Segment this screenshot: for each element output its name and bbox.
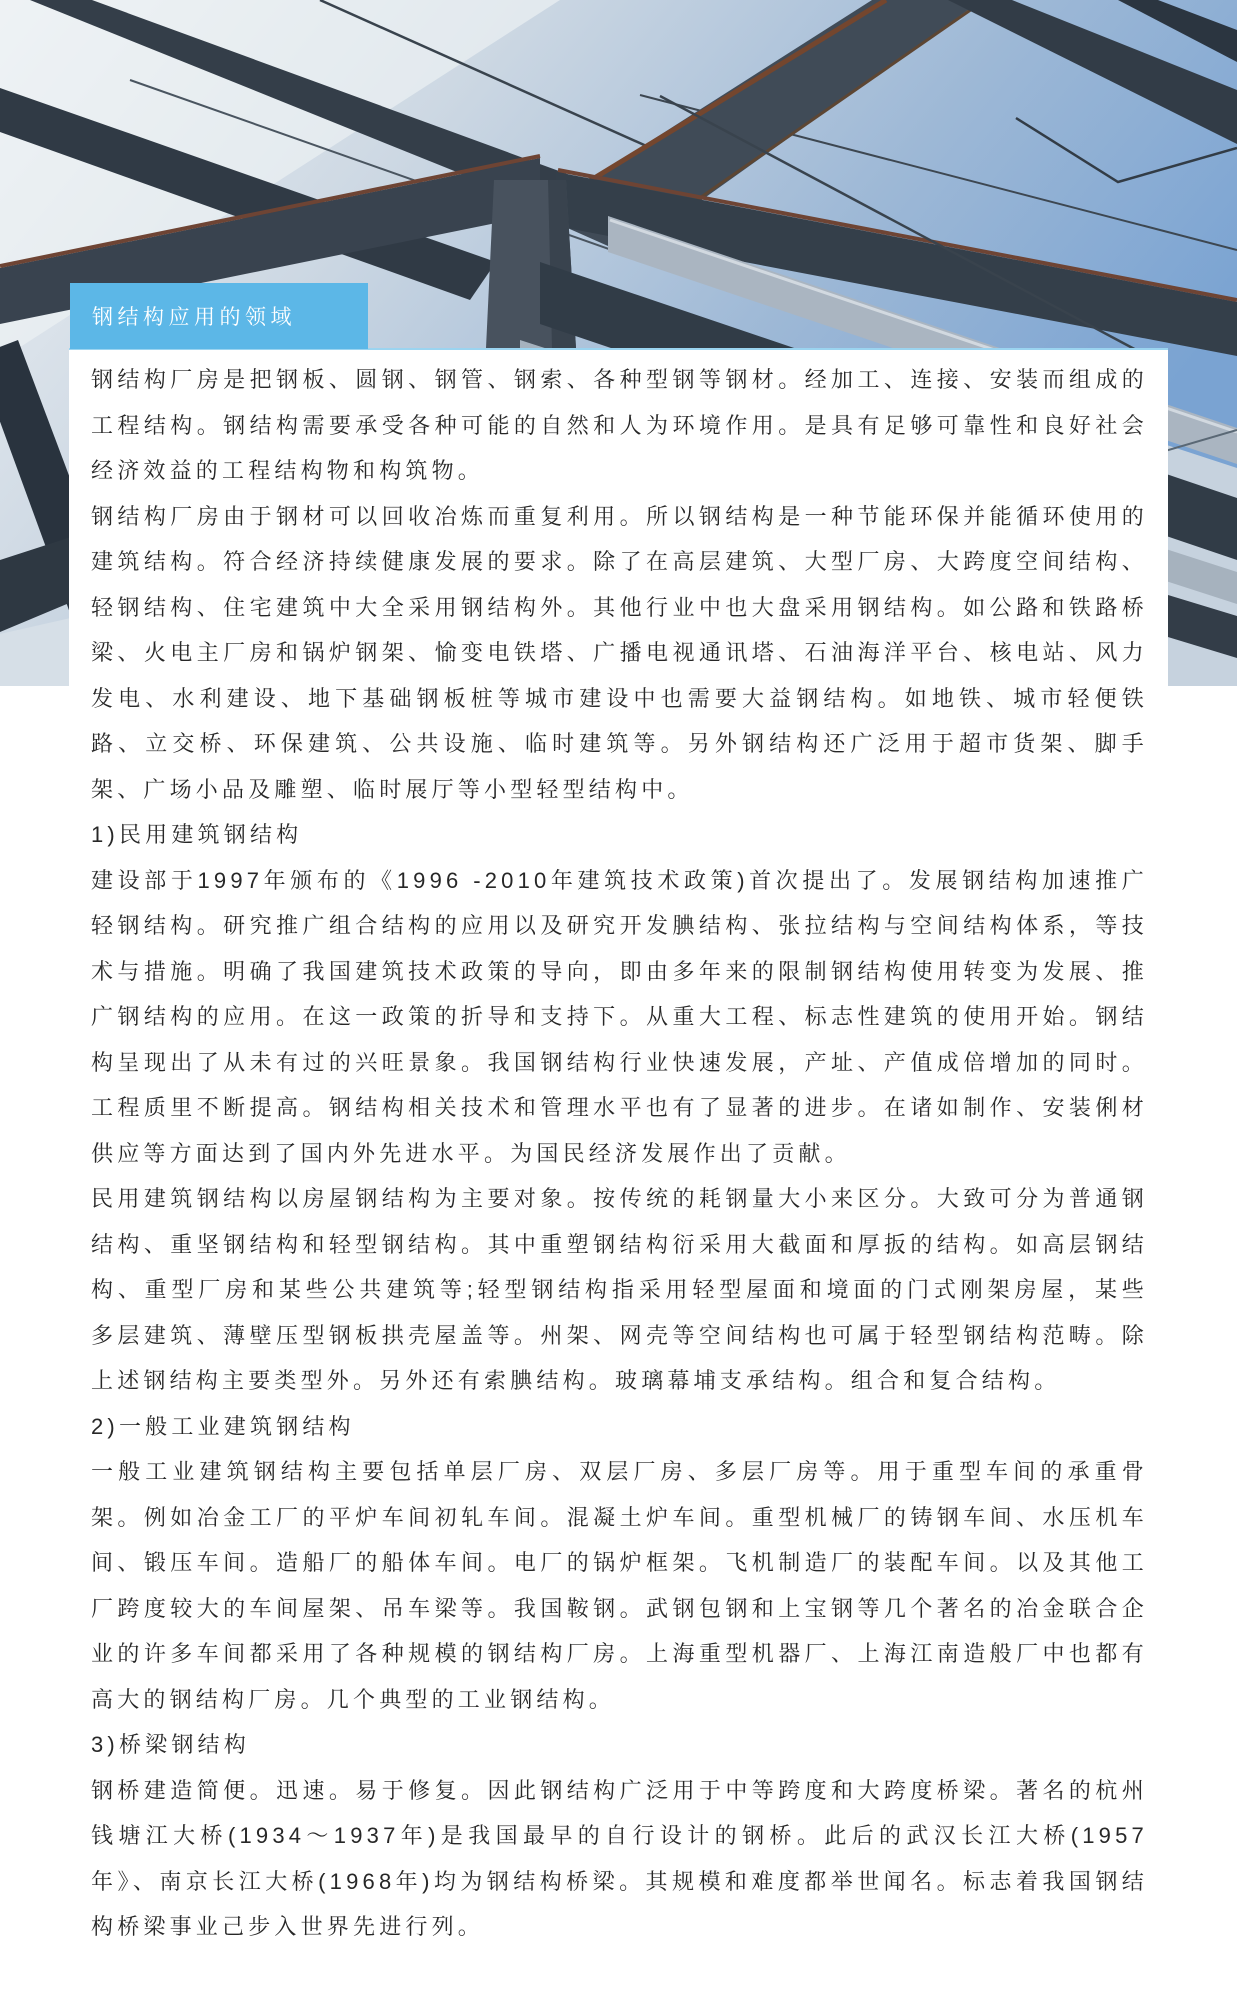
page: 钢结构厂房是把钢板、圆钢、钢管、钢索、各种型钢等钢材。经加工、连接、安装而组成的… <box>0 0 1237 2008</box>
article-card: 钢结构厂房是把钢板、圆钢、钢管、钢索、各种型钢等钢材。经加工、连接、安装而组成的… <box>69 348 1168 2008</box>
article-paragraph: 民用建筑钢结构以房屋钢结构为主要对象。按传统的耗钢量大小来区分。大致可分为普通钢… <box>91 1176 1148 1404</box>
article-paragraph: 钢桥建造简便。迅速。易于修复。因此钢结构广泛用于中等跨度和大跨度桥梁。著名的杭州… <box>91 1768 1148 1950</box>
section-heading: 3)桥梁钢结构 <box>91 1722 1148 1768</box>
section-badge-label: 钢结构应用的领域 <box>92 301 296 331</box>
article-paragraph: 建设部于1997年颁布的《1996 -2010年建筑技术政策)首次提出了。发展钢… <box>91 858 1148 1177</box>
section-heading: 1)民用建筑钢结构 <box>91 812 1148 858</box>
section-heading: 2)一般工业建筑钢结构 <box>91 1404 1148 1450</box>
article-paragraph: 钢结构厂房是把钢板、圆钢、钢管、钢索、各种型钢等钢材。经加工、连接、安装而组成的… <box>91 357 1148 494</box>
article-paragraph: 一般工业建筑钢结构主要包括单层厂房、双层厂房、多层厂房等。用于重型车间的承重骨架… <box>91 1449 1148 1722</box>
article-paragraph: 钢结构厂房由于钢材可以回收冶炼而重复利用。所以钢结构是一种节能环保并能循环使用的… <box>91 494 1148 813</box>
section-badge: 钢结构应用的领域 <box>70 283 368 349</box>
